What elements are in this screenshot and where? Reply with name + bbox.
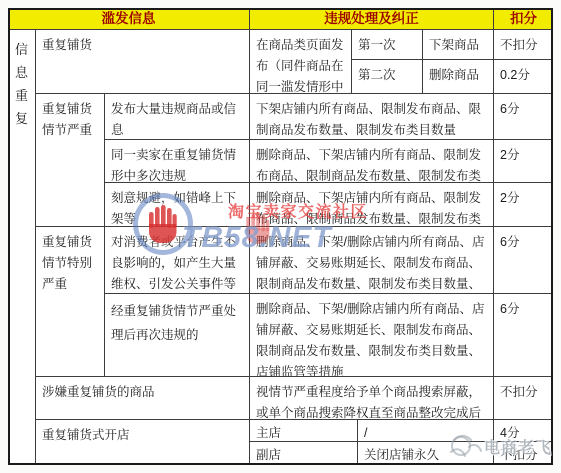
row-extra-serious-label: 重复铺货情节特别严重 [36,227,105,377]
shop-main-label: 主店 [250,420,358,442]
serious-case-3-score: 2分 [494,183,553,227]
serious-case-3-handling: 删除商品、下架店铺内所有商品、限制发布商品、限制商品发布数量、限制发布类目数量 [250,183,494,227]
violation-rules-table: 滥发信息 违规处理及纠正 扣分 信息重复 重复铺货 在商品类页面发布（同件商品在… [8,8,553,465]
header-handling: 违规处理及纠正 [250,8,494,30]
row-repeat-stocking-label: 重复铺货 [36,30,250,94]
occurrence-first-label: 第一次 [352,30,423,60]
suspected-score: 不扣分 [494,377,553,420]
extra-serious-case-1-desc: 对消费者或平台产生不良影响的，如产生大量维权、引发公关事件等 [105,227,250,294]
extra-serious-case-2-score: 6分 [494,294,553,377]
extra-serious-case-1-score: 6分 [494,227,553,294]
row-repeat-stocking-scope: 在商品类页面发布（同件商品在同一滥发情形中违规次数） [250,30,352,94]
occurrence-second-label: 第二次 [352,60,423,94]
page: 滥发信息 违规处理及纠正 扣分 信息重复 重复铺货 在商品类页面发布（同件商品在… [0,0,561,473]
row-serious-label: 重复铺货情节严重 [36,94,105,227]
shop-main-score: 4分 [494,420,553,442]
category-info-repeat: 信息重复 [8,30,36,465]
serious-case-1-desc: 发布大量违规商品或信息 [105,94,250,140]
occurrence-second-action: 删除商品 [423,60,494,94]
shop-sub-handling: 关闭店铺永久 [358,442,494,465]
serious-case-2-desc: 同一卖家在重复铺货情形中多次违规 [105,140,250,183]
extra-serious-case-2-desc: 经重复铺货情节严重处理后再次违规的 [105,294,250,377]
occurrence-first-score: 不扣分 [494,30,553,60]
row-duplicate-shop-label: 重复铺货式开店 [36,420,250,465]
serious-case-2-score: 2分 [494,140,553,183]
extra-serious-case-1-handling: 删除商品、下架/删除店铺内所有商品、店铺屏蔽、交易账期延长、限制发布商品、限制商… [250,227,494,294]
header-spam-info: 滥发信息 [8,8,250,30]
shop-sub-score: 不扣分 [494,442,553,465]
extra-serious-case-2-handling: 删除商品、下架/删除店铺内所有商品、店铺屏蔽、交易账期延长、限制发布商品、限制商… [250,294,494,377]
serious-case-2-handling: 删除商品、下架店铺内所有商品、限制发布商品、限制商品发布数量、限制发布类目数量 [250,140,494,183]
serious-case-1-score: 6分 [494,94,553,140]
occurrence-first-action: 下架商品 [423,30,494,60]
shop-main-handling: / [358,420,494,442]
header-deduction: 扣分 [494,8,553,30]
row-suspected-label: 涉嫌重复铺货的商品 [36,377,250,420]
serious-case-3-desc: 刻意规避，如错峰上下架等 [105,183,250,227]
shop-sub-label: 副店 [250,442,358,465]
serious-case-1-handling: 下架店铺内所有商品、限制发布商品、限制商品发布数量、限制发布类目数量 [250,94,494,140]
suspected-handling: 视情节严重程度给予单个商品搜索屏蔽，或单个商品搜索降权直至商品整改完成后第3天恢… [250,377,494,420]
occurrence-second-score: 0.2分 [494,60,553,94]
